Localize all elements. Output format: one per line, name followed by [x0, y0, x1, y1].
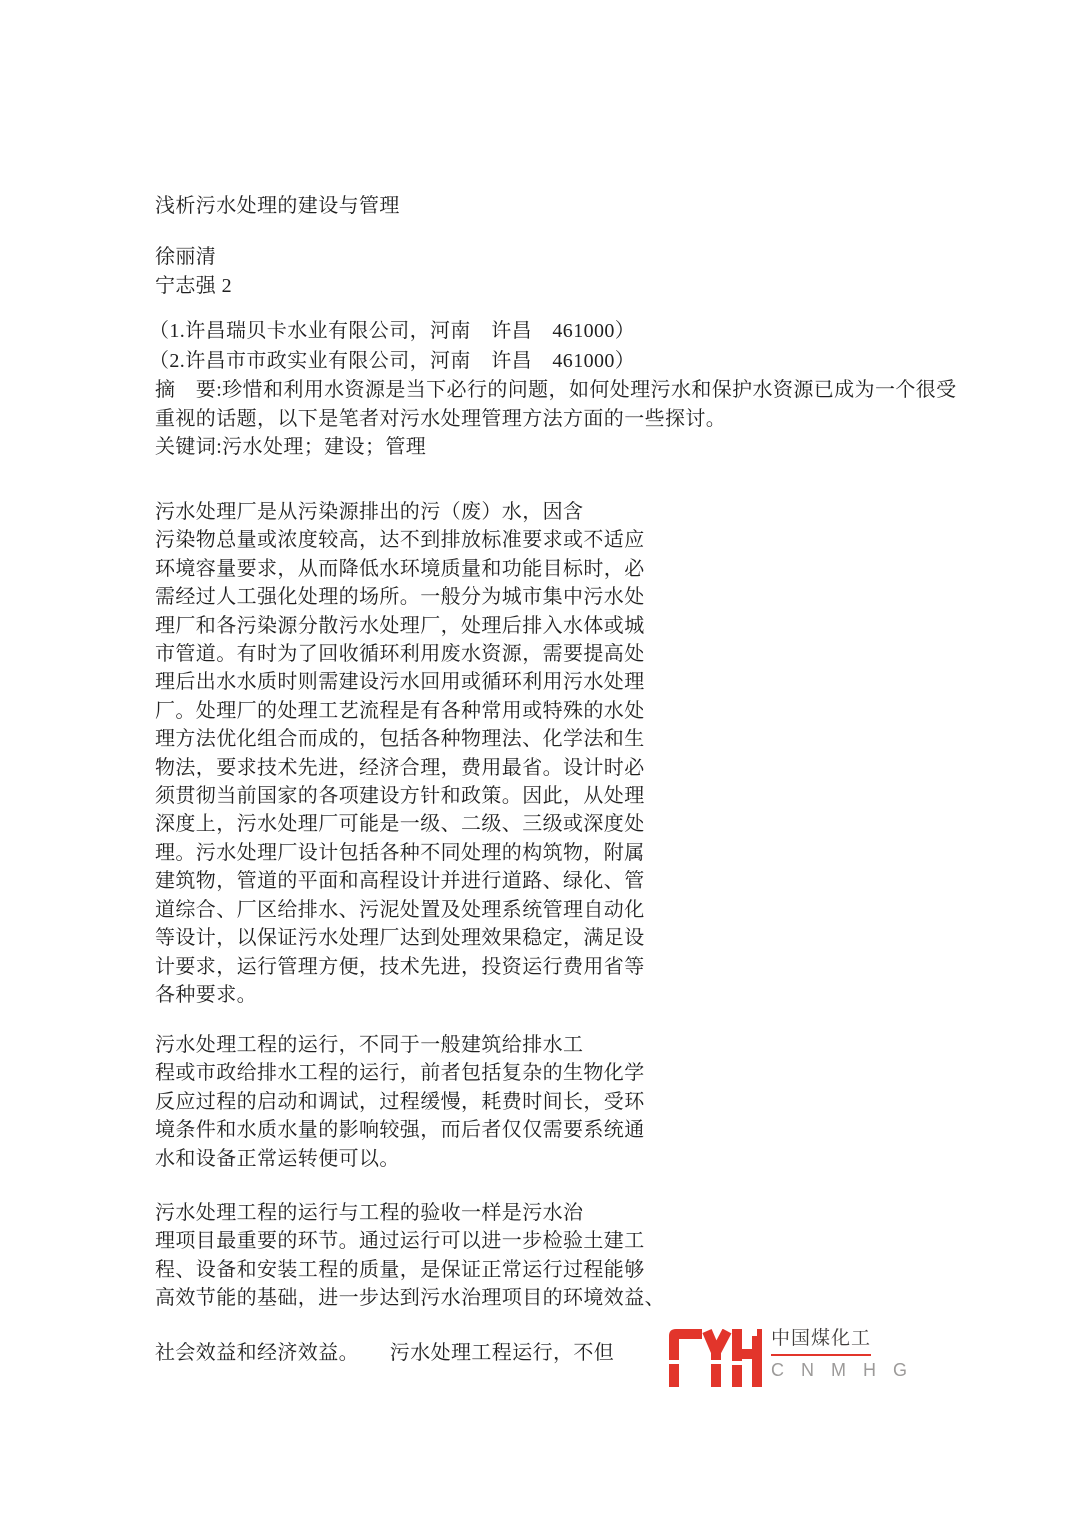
company-logo: 中国煤化工 C N M H G	[669, 1329, 913, 1387]
body-paragraph-3: 污水处理工程的运行与工程的验收一样是污水治 理项目最重要的环节。通过运行可以进一…	[155, 1199, 665, 1313]
logo-text-block: 中国煤化工 C N M H G	[771, 1329, 913, 1379]
abstract-text: 摘 要:珍惜和利用水资源是当下必行的问题，如何处理污水和保护水资源已成为一个很受…	[155, 376, 957, 434]
affiliation-line-1: （1.许昌瑞贝卡水业有限公司，河南 许昌 461000）	[149, 317, 635, 345]
logo-name-cn: 中国煤化工	[771, 1329, 871, 1356]
author-line-1: 徐丽清	[155, 243, 216, 271]
body-paragraph-2: 污水处理工程的运行，不同于一般建筑给排水工 程或市政给排水工程的运行，前者包括复…	[155, 1031, 645, 1173]
logo-name-en: C N M H G	[771, 1361, 913, 1379]
document-page: 浅析污水处理的建设与管理 徐丽清 宁志强 2 （1.许昌瑞贝卡水业有限公司，河南…	[0, 0, 1072, 1516]
closing-line: 社会效益和经济效益。 污水处理工程运行，不但	[155, 1339, 614, 1367]
logo-mark-icon	[669, 1329, 762, 1387]
body-paragraph-1: 污水处理厂是从污染源排出的污（废）水，因含 污染物总量或浓度较高，达不到排放标准…	[155, 498, 645, 1009]
author-line-2: 宁志强 2	[155, 272, 232, 300]
page-title: 浅析污水处理的建设与管理	[155, 192, 400, 220]
affiliation-line-2: （2.许昌市市政实业有限公司，河南 许昌 461000）	[149, 347, 635, 375]
keywords-text: 关键词:污水处理；建设；管理	[155, 433, 426, 461]
